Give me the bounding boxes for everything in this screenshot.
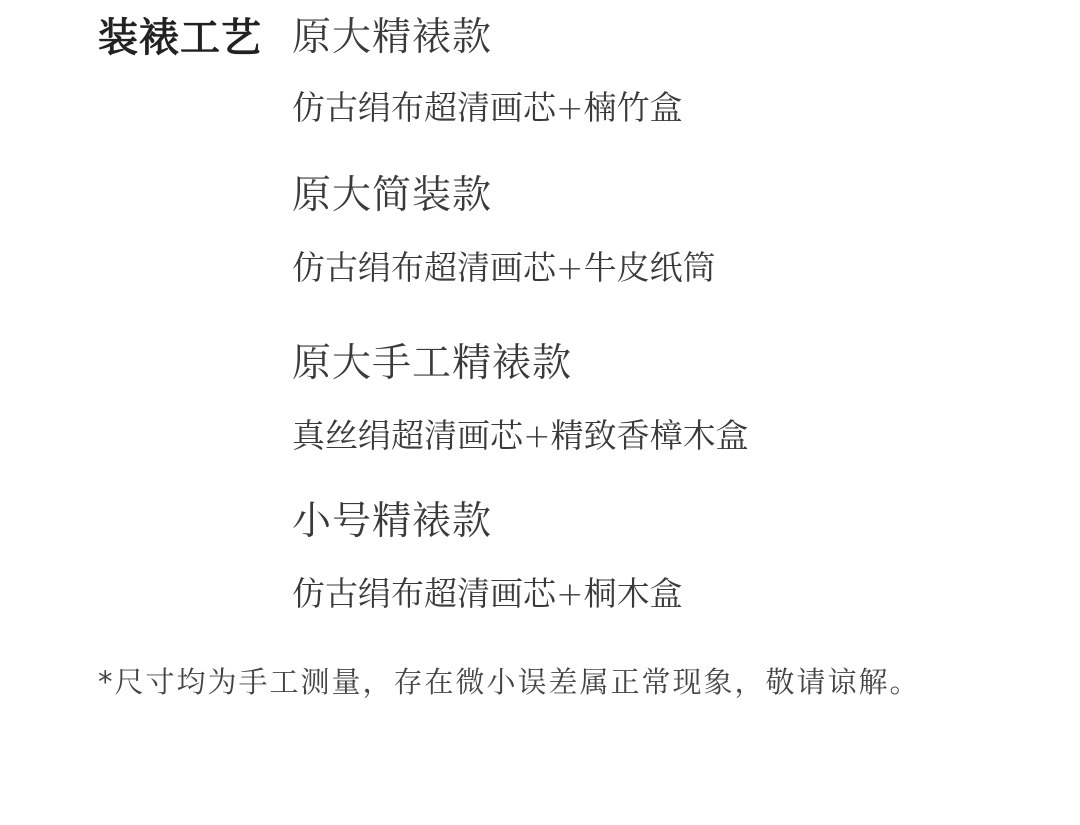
option-description: 仿古绢布超清画芯+牛皮纸筒 <box>292 247 716 289</box>
disclaimer-footnote: *尺寸均为手工测量，存在微小误差属正常现象，敬请谅解。 <box>98 662 921 702</box>
section-heading: 装裱工艺 <box>98 14 262 62</box>
option-title: 原大手工精裱款 <box>292 340 572 388</box>
option-title: 小号精裱款 <box>292 498 492 546</box>
option-title: 原大精裱款 <box>292 14 492 62</box>
option-description: 真丝绢超清画芯+精致香樟木盒 <box>292 415 749 457</box>
option-description: 仿古绢布超清画芯+桐木盒 <box>292 573 683 615</box>
option-title: 原大简装款 <box>292 172 492 220</box>
option-description: 仿古绢布超清画芯+楠竹盒 <box>292 87 683 129</box>
